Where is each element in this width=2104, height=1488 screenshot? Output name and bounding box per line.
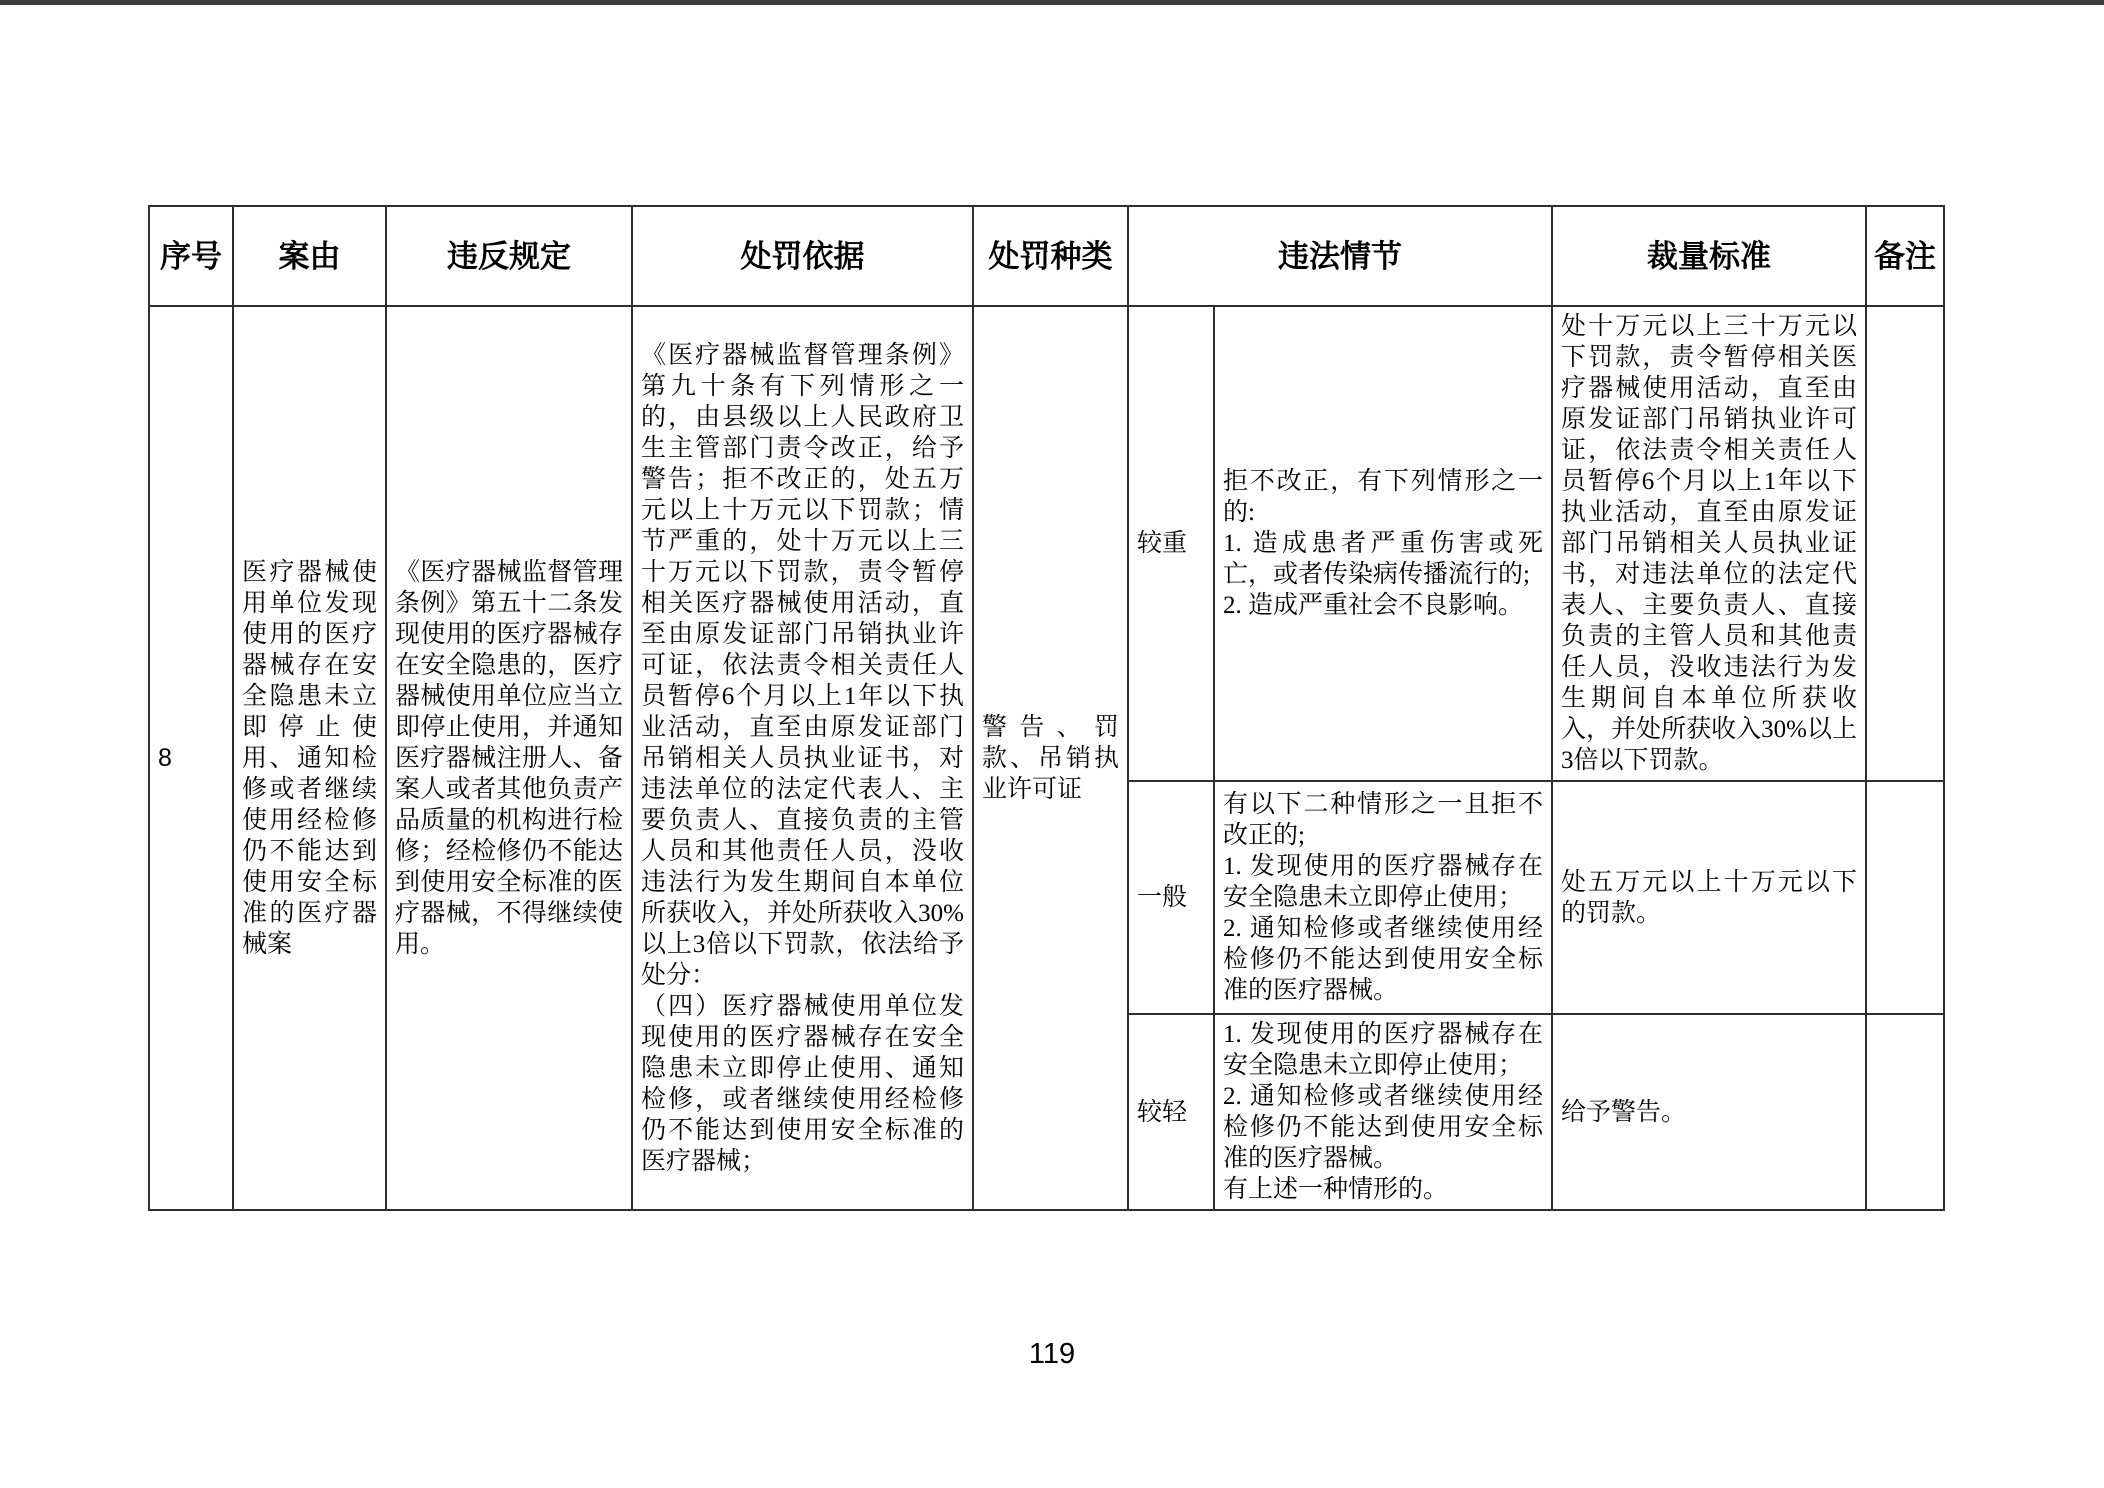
header-no: 序号 (149, 206, 233, 306)
cell-standard: 处十万元以上三十万元以下罚款，责令暂停相关医疗器械使用活动，直至由原发证部门吊销… (1552, 306, 1866, 781)
cell-standard: 给予警告。 (1552, 1014, 1866, 1210)
cell-case: 医疗器械使用单位发现使用的医疗器械存在安全隐患未立即停止使用、通知检修或者继续使… (233, 306, 386, 1210)
scan-top-edge-line (0, 0, 2104, 5)
cell-penalty-type: 警告、罚款、吊销执业许可证 (973, 306, 1128, 1210)
cell-circumstances: 拒不改正，有下列情形之一的: 1. 造成患者严重伤害或死亡，或者传染病传播流行的… (1214, 306, 1552, 781)
page-number: 119 (0, 1338, 2104, 1371)
header-row: 序号 案由 违反规定 处罚依据 处罚种类 违法情节 裁量标准 备注 (149, 206, 1944, 306)
header-case: 案由 (233, 206, 386, 306)
header-remark: 备注 (1866, 206, 1944, 306)
cell-circumstances: 1. 发现使用的医疗器械存在安全隐患未立即停止使用； 2. 通知检修或者继续使用… (1214, 1014, 1552, 1210)
document-page: 序号 案由 违反规定 处罚依据 处罚种类 违法情节 裁量标准 备注 8 医疗器械… (0, 0, 2104, 1488)
header-penalty-type: 处罚种类 (973, 206, 1128, 306)
cell-basis: 《医疗器械监督管理条例》第九十条有下列情形之一的，由县级以上人民政府卫生主管部门… (632, 306, 973, 1210)
header-basis: 处罚依据 (632, 206, 973, 306)
cell-violation: 《医疗器械监督管理条例》第五十二条发现使用的医疗器械存在安全隐患的，医疗器械使用… (386, 306, 632, 1210)
header-circumstances: 违法情节 (1128, 206, 1552, 306)
cell-severity: 较重 (1128, 306, 1214, 781)
cell-severity: 较轻 (1128, 1014, 1214, 1210)
penalty-discretion-table: 序号 案由 违反规定 处罚依据 处罚种类 违法情节 裁量标准 备注 8 医疗器械… (148, 205, 1945, 1211)
cell-remark (1866, 781, 1944, 1014)
cell-remark (1866, 1014, 1944, 1210)
cell-no: 8 (149, 306, 233, 1210)
header-standard: 裁量标准 (1552, 206, 1866, 306)
cell-standard: 处五万元以上十万元以下的罚款。 (1552, 781, 1866, 1014)
cell-remark (1866, 306, 1944, 781)
header-violation: 违反规定 (386, 206, 632, 306)
table-row-severe: 8 医疗器械使用单位发现使用的医疗器械存在安全隐患未立即停止使用、通知检修或者继… (149, 306, 1944, 781)
cell-circumstances: 有以下二种情形之一且拒不改正的; 1. 发现使用的医疗器械存在安全隐患未立即停止… (1214, 781, 1552, 1014)
cell-severity: 一般 (1128, 781, 1214, 1014)
